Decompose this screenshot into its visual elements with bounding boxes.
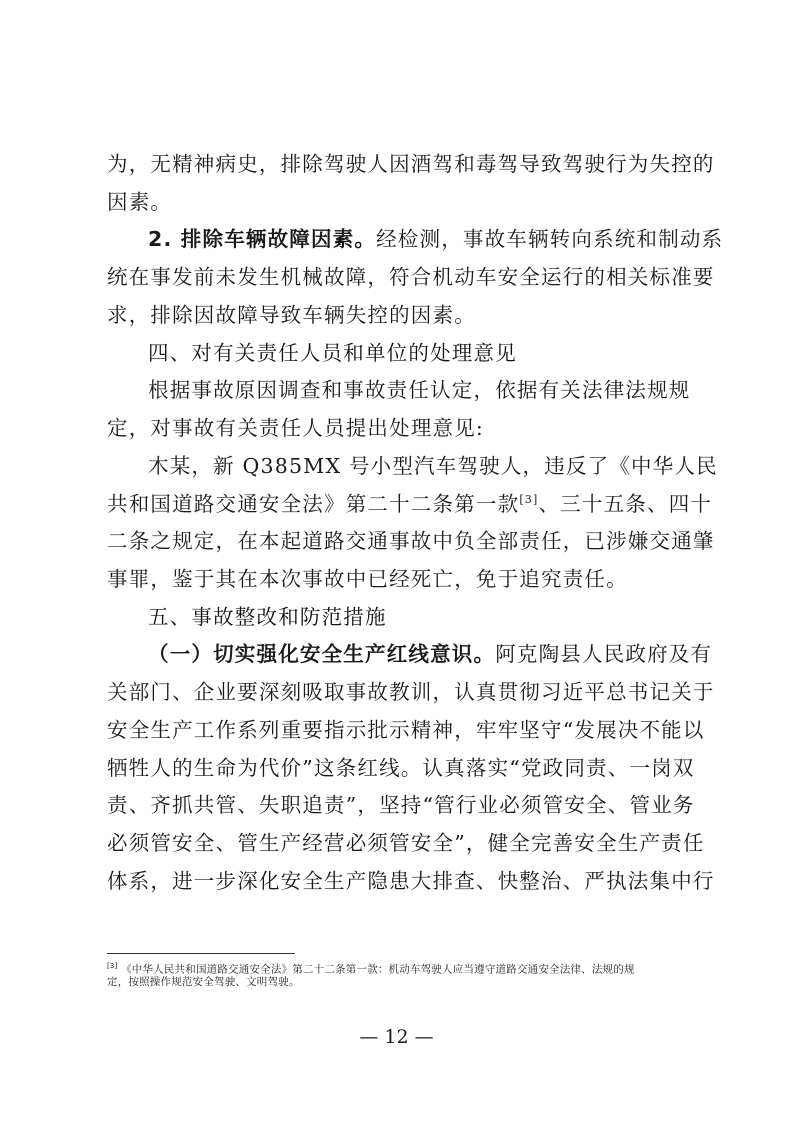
paragraph-text: 共和国道路交通安全法》第二十二条第一款 [107, 492, 519, 516]
page-number: — 12 — [0, 1026, 793, 1048]
paragraph-line: 安全生产工作系列重要指示批示精神，牢牢坚守“发展决不能以 [107, 713, 690, 751]
paragraph-text: 阿克陶县人民政府及有 [495, 642, 712, 666]
paragraph-text: 、三十五条、四十 [539, 492, 713, 516]
paragraph-line: （一）切实强化安全生产红线意识。阿克陶县人民政府及有 [107, 637, 690, 675]
paragraph-line: 求，排除因故障导致车辆失控的因素。 [107, 298, 690, 336]
paragraph-line: 体系，进一步深化安全生产隐患大排查、快整治、严执法集中行 [107, 864, 690, 902]
section-heading-4: 四、对有关责任人员和单位的处理意见 [107, 336, 690, 374]
document-page: 为，无精神病史，排除驾驶人因酒驾和毒驾导致驾驶行为失控的 因素。 2. 排除车辆… [0, 0, 793, 1122]
paragraph-line: 共和国道路交通安全法》第二十二条第一款[3]、三十五条、四十 [107, 487, 690, 525]
paragraph-line: 关部门、企业要深刻吸取事故教训，认真贯彻习近平总书记关于 [107, 675, 690, 713]
footnote-reference[interactable]: [3] [519, 493, 538, 506]
paragraph-text: 经检测，事故车辆转向系统和制动系 [376, 227, 723, 251]
paragraph-line: 定，对事故有关责任人员提出处理意见: [107, 411, 690, 449]
paragraph-line: 2. 排除车辆故障因素。经检测，事故车辆转向系统和制动系 [107, 222, 690, 260]
footnote-marker: [3] [107, 962, 118, 970]
paragraph-line: 因素。 [107, 185, 690, 223]
subheading-vehicle-fault: 2. 排除车辆故障因素。 [148, 227, 376, 251]
subheading-red-line: （一）切实强化安全生产红线意识。 [148, 642, 495, 666]
paragraph-line: 二条之规定，在本起道路交通事故中负全部责任，已涉嫌交通肇 [107, 524, 690, 562]
paragraph-line: 责、齐抓共管、失职追责”，坚持“管行业必须管安全、管业务 [107, 788, 690, 826]
paragraph-line: 事罪，鉴于其在本次事故中已经死亡，免于追究责任。 [107, 562, 690, 600]
paragraph-line: 为，无精神病史，排除驾驶人因酒驾和毒驾导致驾驶行为失控的 [107, 147, 690, 185]
footnote-line: 定，按照操作规范安全驾驶、文明驾驶。 [107, 974, 690, 990]
paragraph-line: 根据事故原因调查和事故责任认定，依据有关法律法规规 [107, 373, 690, 411]
section-heading-5: 五、事故整改和防范措施 [107, 600, 690, 638]
paragraph-line: 牺牲人的生命为代价”这条红线。认真落实“党政同责、一岗双 [107, 751, 690, 789]
paragraph-line: 必须管安全、管生产经营必须管安全”，健全完善安全生产责任 [107, 826, 690, 864]
footnote-separator [107, 953, 295, 954]
paragraph-line: 木某，新 Q385MX 号小型汽车驾驶人，违反了《中华人民 [107, 449, 690, 487]
paragraph-line: 统在事发前未发生机械故障，符合机动车安全运行的相关标准要 [107, 260, 690, 298]
